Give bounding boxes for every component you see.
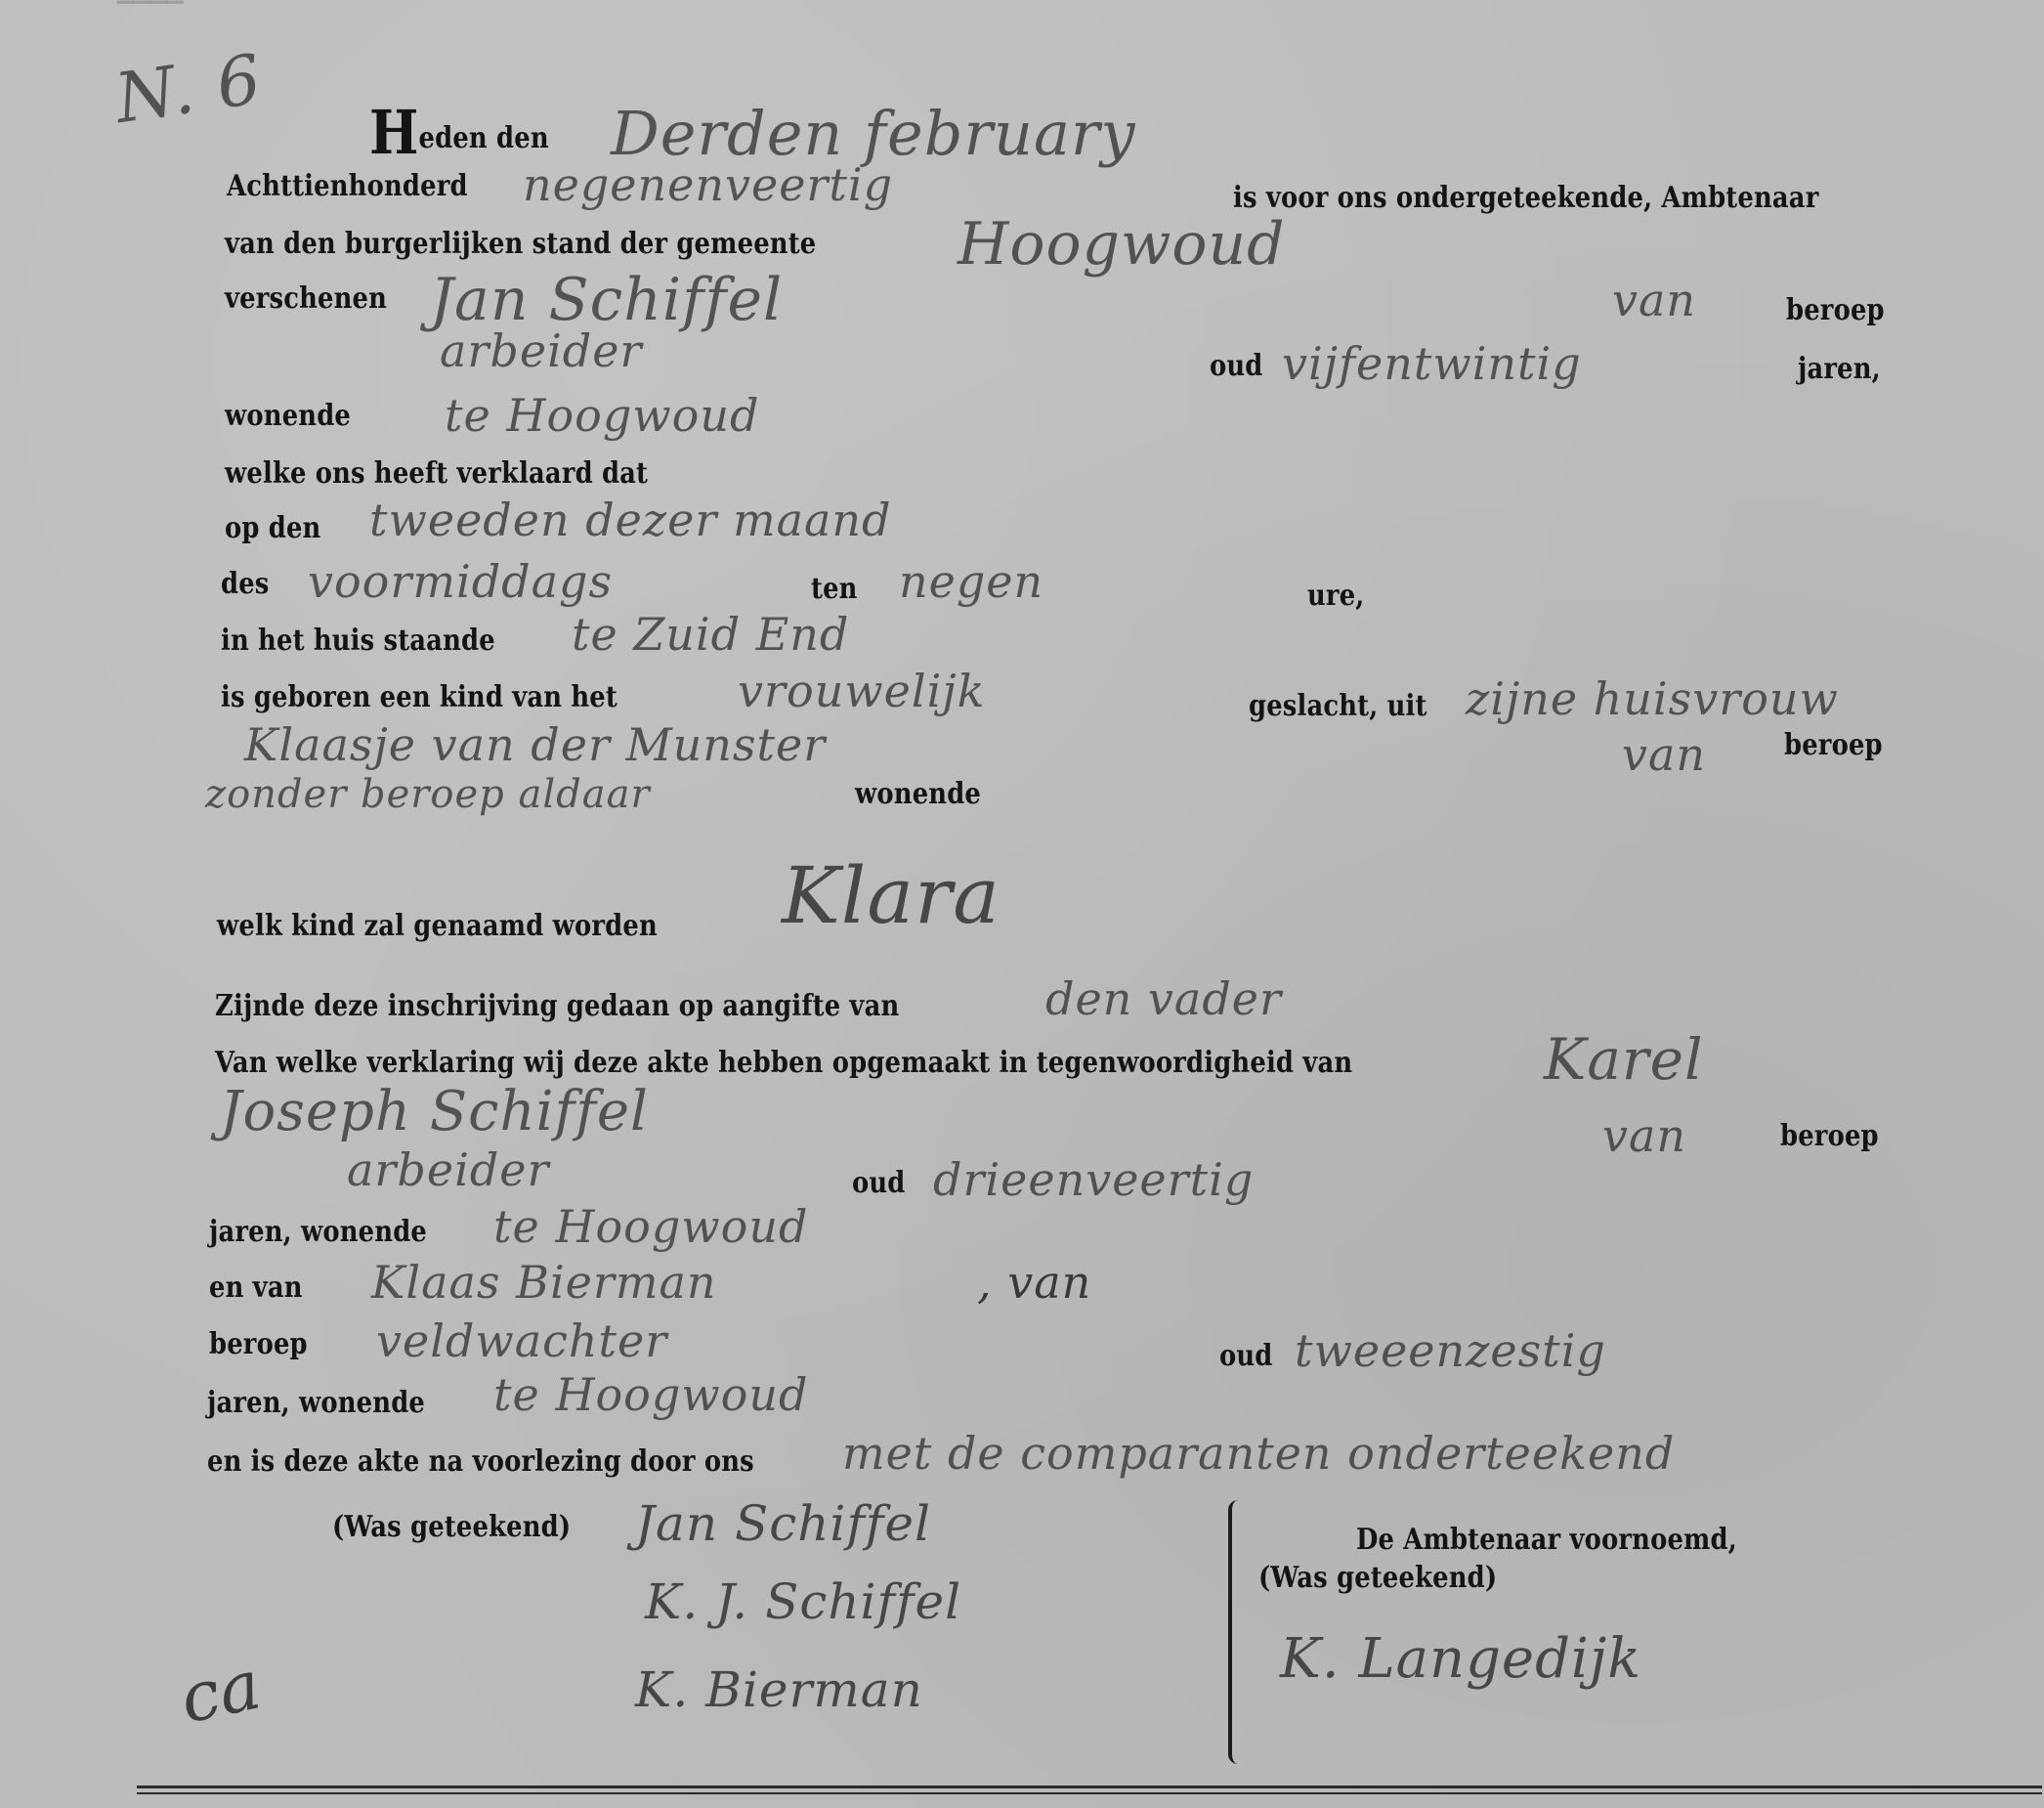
printed-burgerlijken-stand: van den burgerlijken stand der gemeente — [225, 227, 816, 261]
hw-time-of-day: voormiddags — [308, 555, 613, 608]
hw-informant: den vader — [1045, 972, 1282, 1025]
hw-witness1-residence: te Hoogwoud — [493, 1200, 808, 1253]
printed-van-welke: Van welke verklaring wij deze akte hebbe… — [215, 1046, 1352, 1080]
hw-closing: met de comparanten onderteekend — [842, 1427, 1675, 1480]
printed-beroep-3: beroep — [1780, 1119, 1879, 1153]
printed-de-ambtenaar: De Ambtenaar voornoemd, — [1356, 1523, 1737, 1557]
hw-municipality: Hoogwoud — [958, 210, 1286, 279]
hw-birth-place: te Zuid End — [572, 608, 849, 661]
printed-is-geboren: is geboren een kind van het — [221, 680, 617, 714]
hw-witness1-rest: Joseph Schiffel — [220, 1080, 649, 1143]
printed-oud-1: oud — [1210, 349, 1263, 383]
printed-ten: ten — [811, 572, 858, 606]
hw-hour: negen — [899, 555, 1043, 608]
hw-child-name: Klara — [782, 850, 1001, 941]
bottom-rule-upper — [137, 1786, 2042, 1788]
record-number: N. 6 — [110, 39, 267, 139]
margin-mark: ca — [173, 1644, 267, 1739]
heden-den-text: eden den — [419, 121, 549, 155]
hw-year: negenenveertig — [523, 158, 893, 211]
printed-zijnde: Zijnde deze inschrijving gedaan op aangi… — [215, 989, 899, 1023]
bottom-rule-lower — [137, 1792, 2042, 1794]
printed-wonende-1: wonende — [225, 399, 351, 433]
signature-witness-2: K. Bierman — [635, 1661, 923, 1718]
printed-oud-3: oud — [1219, 1339, 1273, 1373]
hw-mother-relation: zijne huisvrouw — [1466, 672, 1839, 725]
signature-official: K. Langedijk — [1280, 1627, 1641, 1691]
printed-was-geteekend-2: (Was geteekend) — [1258, 1561, 1497, 1595]
printed-beroep-1: beroep — [1786, 293, 1885, 327]
signature-declarant: Jan Schiffel — [635, 1495, 931, 1552]
hw-van-2: van — [1622, 728, 1706, 781]
printed-achttienhonderd: Achttienhonderd — [227, 169, 468, 203]
printed-heden-den: Heden den — [369, 103, 549, 163]
printed-verschenen: verschenen — [225, 281, 387, 316]
signature-brace — [1228, 1500, 1238, 1764]
signature-witness-1: K. J. Schiffel — [645, 1573, 961, 1630]
printed-geslacht-uit: geslacht, uit — [1249, 689, 1427, 723]
hw-declarant-residence: te Hoogwoud — [445, 389, 759, 442]
hw-witness2-occupation: veldwachter — [376, 1314, 667, 1367]
printed-en-van: en van — [209, 1270, 303, 1305]
hw-mother-occupation: zonder beroep aldaar — [205, 772, 651, 817]
printed-jaren-1: jaren, — [1798, 352, 1881, 386]
hw-declarant-occupation: arbeider — [440, 324, 642, 377]
printed-des: des — [221, 567, 270, 601]
printed-welke-ons: welke ons heeft verklaard dat — [225, 456, 648, 491]
hw-birth-day: tweeden dezer maand — [369, 494, 892, 546]
faint-header-remnant: ▔▔▔▔ — [117, 2, 184, 26]
dropcap-h: H — [369, 97, 419, 168]
hw-declarant-age: vijfentwintig — [1282, 337, 1582, 390]
printed-oud-2: oud — [852, 1166, 906, 1200]
printed-is-voor-ons: is voor ons ondergeteekende, Ambtenaar — [1233, 181, 1818, 215]
hw-mother-name: Klaasje van der Munster — [244, 718, 826, 771]
printed-en-is-deze: en is deze akte na voorlezing door ons — [207, 1444, 754, 1479]
printed-welk-kind: welk kind zal genaamd worden — [217, 909, 658, 943]
printed-in-het-huis: in het huis staande — [221, 624, 495, 658]
hw-van-1: van — [1612, 274, 1696, 326]
printed-op-den: op den — [225, 511, 320, 545]
birth-certificate-page: ▔▔▔▔ N. 6 Heden den Derden february Acht… — [0, 0, 2044, 1808]
hw-van-3: van — [1602, 1109, 1686, 1162]
hw-witness2-name: Klaas Bierman — [371, 1256, 717, 1309]
hw-witness1-occupation: arbeider — [347, 1143, 549, 1196]
printed-beroep-4: beroep — [209, 1327, 308, 1361]
printed-wonende-2: wonende — [855, 777, 981, 811]
hw-witness2-age: tweeenzestig — [1295, 1324, 1606, 1377]
printed-was-geteekend-1: (Was geteekend) — [332, 1510, 571, 1544]
hw-sex: vrouwelijk — [738, 665, 985, 717]
printed-ure: ure, — [1307, 579, 1364, 613]
hw-witness2-residence: te Hoogwoud — [493, 1368, 808, 1421]
hw-witness1-age: drieenveertig — [933, 1153, 1254, 1206]
hw-van-4: , van — [977, 1256, 1091, 1309]
printed-beroep-2: beroep — [1784, 728, 1883, 762]
hw-witness1-first: Karel — [1544, 1026, 1704, 1093]
printed-jaren-wonende-1: jaren, wonende — [209, 1215, 427, 1249]
printed-jaren-wonende-2: jaren, wonende — [207, 1386, 425, 1420]
